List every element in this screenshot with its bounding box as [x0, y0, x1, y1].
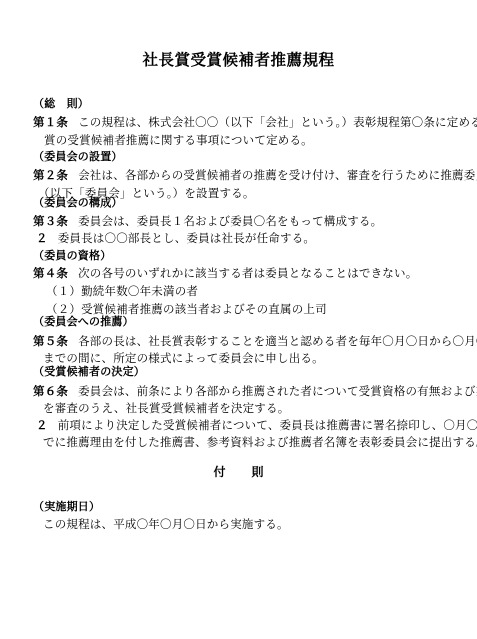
article-3-paragraph-2: ２委員長は〇〇部長とし、委員は社長が任命する。	[36, 231, 315, 245]
article-5-continuation: までの間に、所定の様式によって委員会に申し出る。	[43, 351, 324, 365]
section-heading-recommendation: （委員会への推薦）	[33, 315, 134, 329]
article-1: 第１条この規程は、株式会社〇〇（以下「会社」という。）表彰規程第〇条に定める社長	[33, 115, 477, 129]
paragraph-number: ２	[36, 418, 48, 432]
section-heading-member-qualification: （委員の資格）	[33, 249, 111, 263]
article-number: 第６条	[33, 384, 68, 398]
supplementary-provisions-title: 付則	[0, 463, 477, 480]
article-2: 第２条会社は、各部からの受賞候補者の推薦を受け付け、審査を行うために推薦委員会	[33, 168, 477, 182]
article-text: 次の各号のいずれかに該当する者は委員となることはできない。	[78, 266, 417, 280]
article-5: 第５条各部の長は、社長賞表彰することを適当と認める者を毎年〇月〇日から〇月〇日	[33, 334, 477, 348]
article-text: 会社は、各部からの受賞候補者の推薦を受け付け、審査を行うために推薦委員会	[78, 168, 477, 182]
paragraph-text: 前項により決定した受賞候補者について、委員長は推薦書に署名捺印し、〇月〇日ま	[58, 418, 477, 432]
article-4: 第４条次の各号のいずれかに該当する者は委員となることはできない。	[33, 266, 417, 280]
article-6-paragraph-2: ２前項により決定した受賞候補者について、委員長は推薦書に署名捺印し、〇月〇日ま	[36, 418, 477, 432]
article-number: 第３条	[33, 214, 68, 228]
article-text: この規程は、株式会社〇〇（以下「会社」という。）表彰規程第〇条に定める社長	[78, 115, 477, 129]
article-4-item-2: （２）受賞候補者推薦の該当者およびその直属の上司	[46, 302, 327, 316]
document-page: 社長賞受賞候補者推薦規程 （総 則） 第１条この規程は、株式会社〇〇（以下「会社…	[0, 0, 477, 639]
article-text: 委員会は、委員長１名および委員〇名をもって構成する。	[78, 214, 382, 228]
section-heading-general: （総 則）	[33, 97, 89, 111]
paragraph-number: ２	[36, 231, 48, 245]
article-number: 第５条	[33, 334, 68, 348]
article-6-paragraph-2-continuation: でに推薦理由を付した推薦書、参考資料および推薦者名簿を表彰委員会に提出する。	[43, 435, 477, 449]
article-1-continuation: 賞の受賞候補者推薦に関する事項について定める。	[44, 133, 313, 147]
section-heading-candidate-decision: （受賞候補者の決定）	[33, 365, 145, 379]
article-text: 委員会は、前条により各部から推薦された者について受賞資格の有無および業績	[78, 384, 477, 398]
article-6: 第６条委員会は、前条により各部から推薦された者について受賞資格の有無および業績	[33, 384, 477, 398]
article-4-item-1: （１）勤続年数〇年未満の者	[46, 284, 198, 298]
supplementary-title-right: 則	[252, 465, 264, 479]
article-text: 各部の長は、社長賞表彰することを適当と認める者を毎年〇月〇日から〇月〇日	[78, 334, 477, 348]
effective-date-text: この規程は、平成〇年〇月〇日から実施する。	[43, 517, 289, 531]
section-heading-committee-composition: （委員会の構成）	[33, 196, 123, 210]
article-number: 第４条	[33, 266, 68, 280]
section-heading-effective-date: （実施期日）	[33, 500, 100, 514]
article-3: 第３条委員会は、委員長１名および委員〇名をもって構成する。	[33, 214, 382, 228]
supplementary-title-left: 付	[213, 465, 225, 479]
article-number: 第２条	[33, 168, 68, 182]
article-number: 第１条	[33, 115, 68, 129]
section-heading-committee-setup: （委員会の設置）	[33, 150, 123, 164]
paragraph-text: 委員長は〇〇部長とし、委員は社長が任命する。	[58, 231, 315, 245]
article-6-continuation: を審査のうえ、社長賞受賞候補者を決定する。	[43, 401, 289, 415]
document-title: 社長賞受賞候補者推薦規程	[0, 48, 477, 70]
